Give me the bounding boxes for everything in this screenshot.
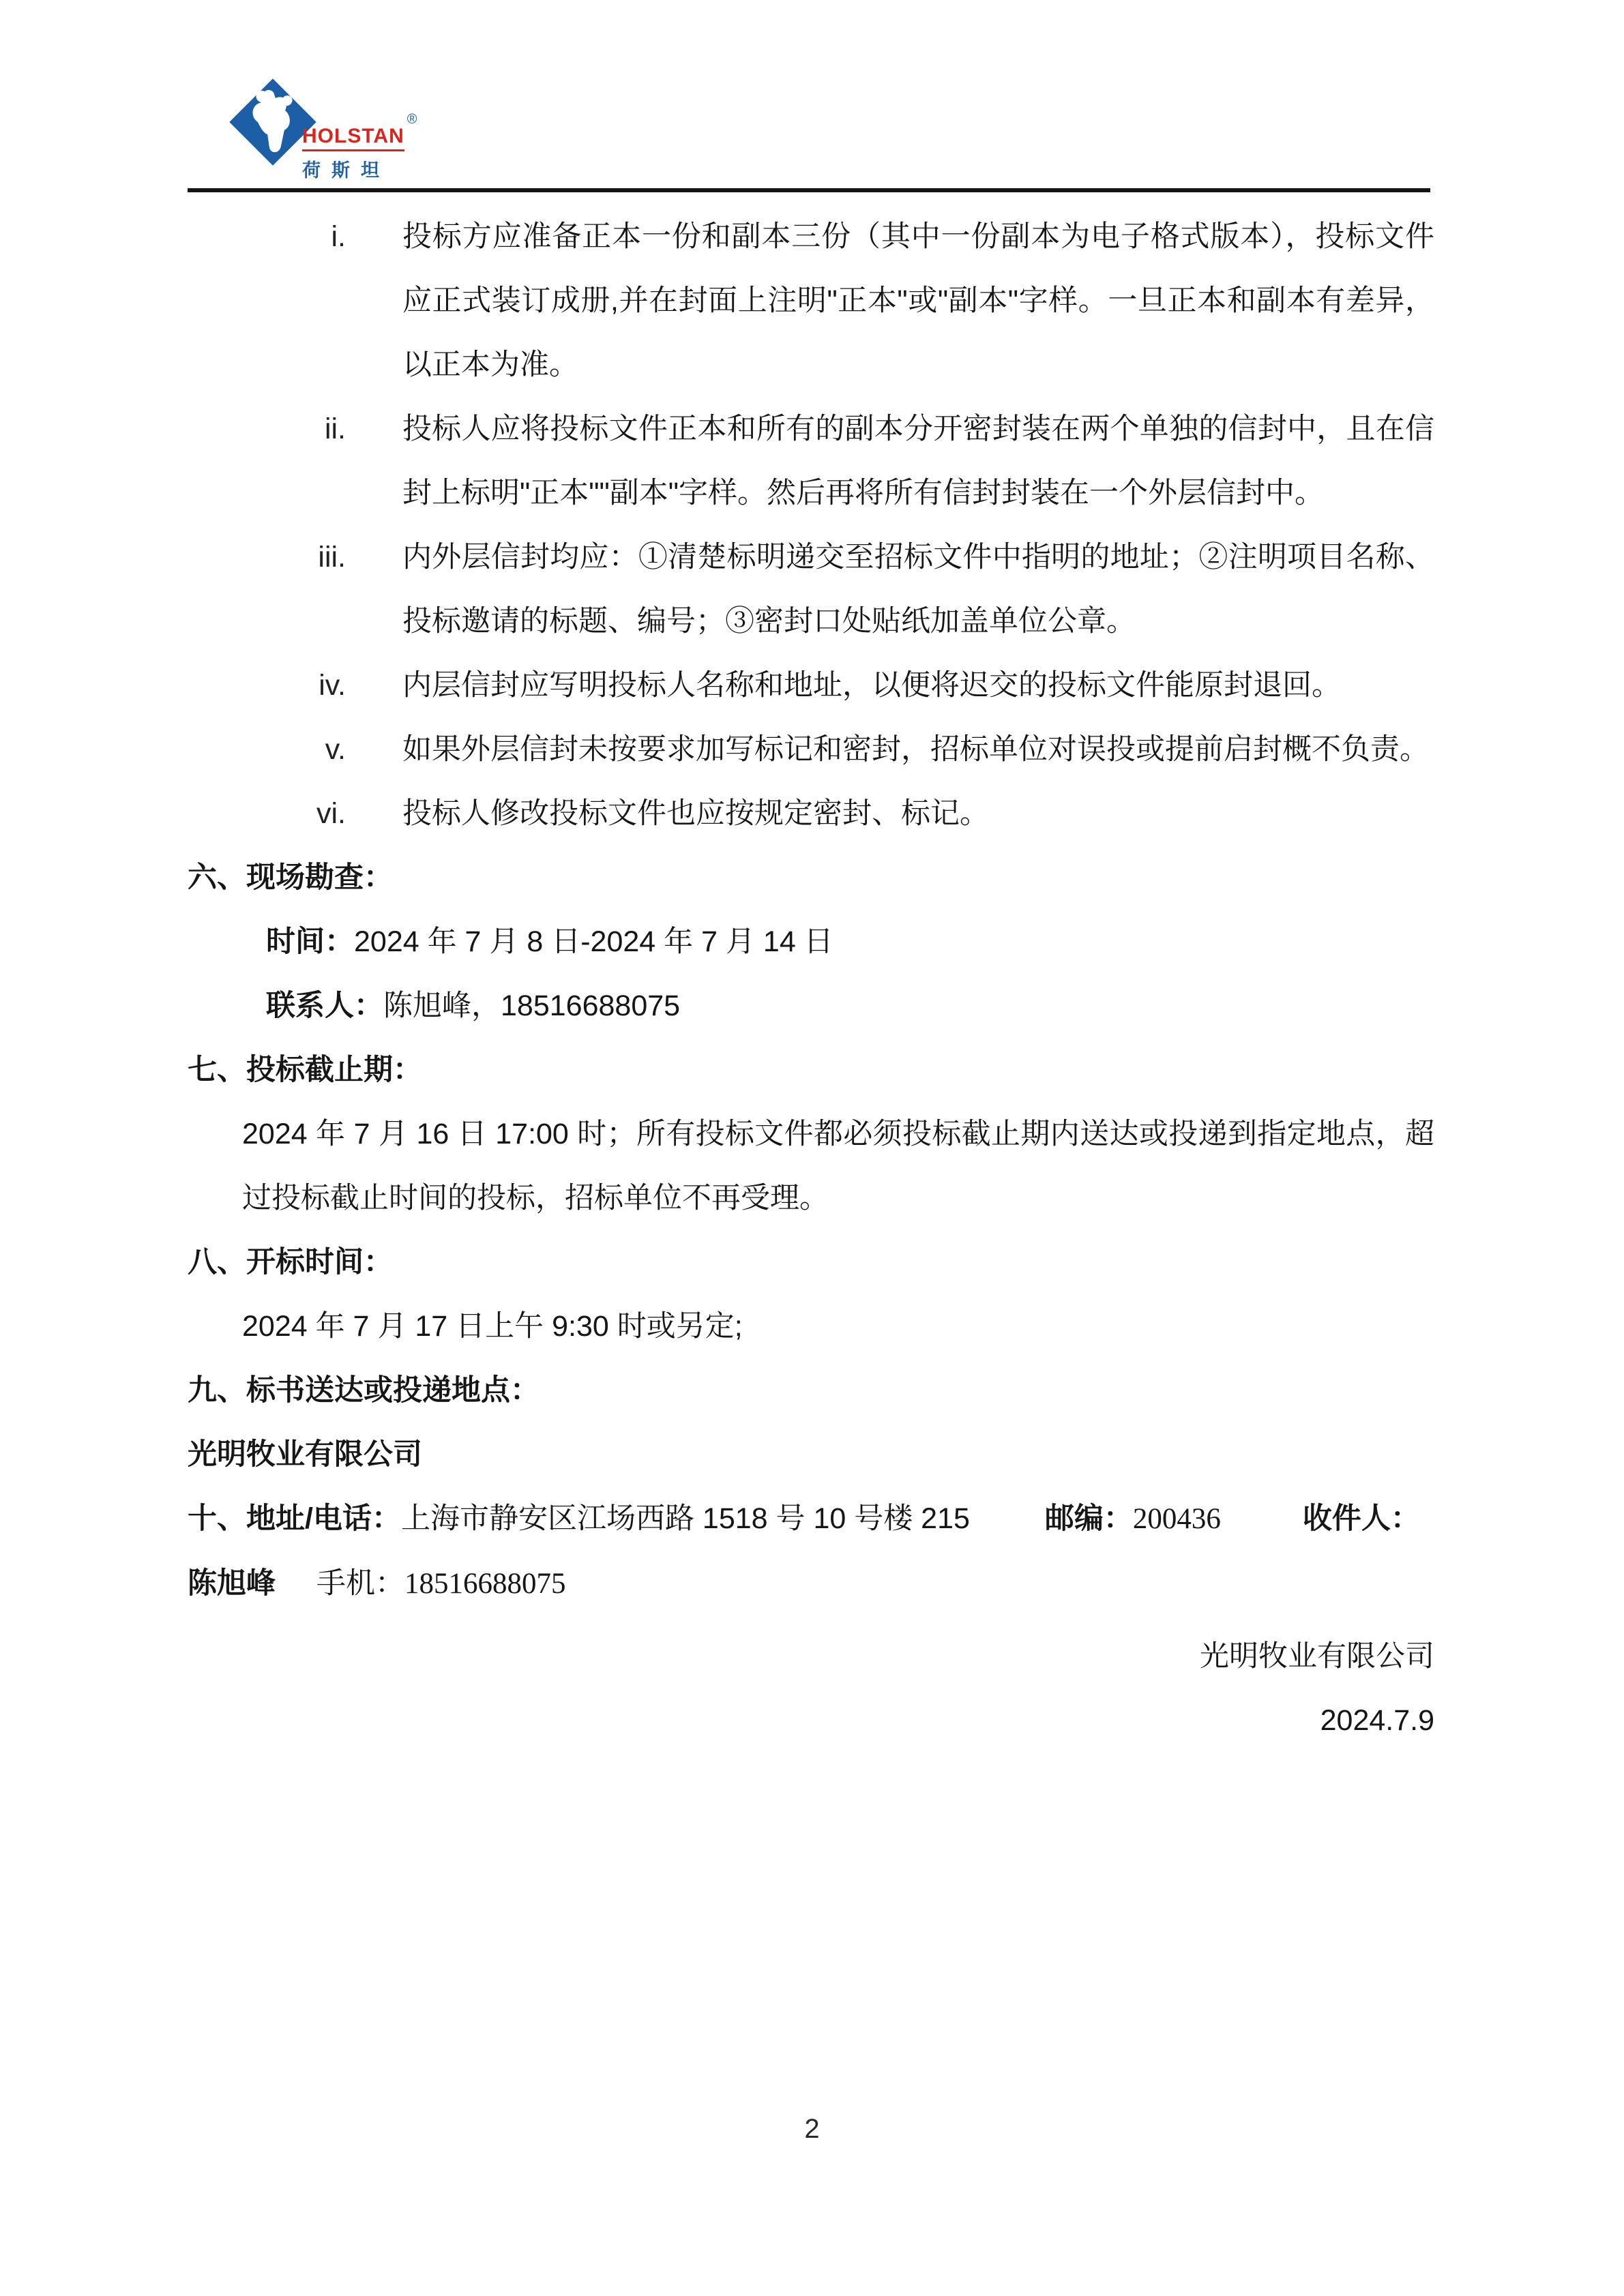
time-label: 时间：	[266, 925, 354, 958]
list-item-text: 投标方应准备正本一份和副本三份（其中一份副本为电子格式版本），投标文件应正式装订…	[402, 205, 1434, 397]
recipient-label: 收件人：	[1303, 1502, 1420, 1535]
list-item-marker: vi.	[188, 781, 346, 846]
list-item-iv: iv. 内层信封应写明投标人名称和地址，以便将迟交的投标文件能原封退回。	[188, 653, 1434, 717]
registered-trademark-icon: ®	[407, 112, 417, 127]
brand-name-zh: 荷斯坦	[302, 155, 432, 182]
brand-name-en: HOLSTAN	[302, 125, 404, 151]
section-10-heading: 十、地址/电话：	[188, 1502, 401, 1535]
section-7-heading: 七、投标截止期：	[188, 1038, 1434, 1102]
list-item-marker: iii.	[188, 525, 346, 653]
contact-value: 陈旭峰，18516688075	[383, 989, 680, 1022]
list-item-text: 内外层信封均应：①清楚标明递交至招标文件中指明的地址；②注明项目名称、投标邀请的…	[402, 525, 1434, 653]
section-9-body: 光明牧业有限公司	[188, 1422, 1434, 1487]
list-item-vi: vi. 投标人修改投标文件也应按规定密封、标记。	[188, 781, 1434, 846]
list-item-v: v. 如果外层信封未按要求加写标记和密封，招标单位对误投或提前启封概不负责。	[188, 717, 1434, 781]
time-value: 2024 年 7 月 8 日-2024 年 7 月 14 日	[354, 925, 833, 958]
section-8-heading: 八、开标时间：	[188, 1230, 1434, 1294]
list-item-marker: i.	[188, 205, 346, 397]
list-item-marker: v.	[188, 717, 346, 781]
signature-company: 光明牧业有限公司	[188, 1624, 1434, 1688]
page-number: 2	[0, 2114, 1624, 2145]
mobile-label: 手机：	[316, 1568, 404, 1600]
section-8-body: 2024 年 7 月 17 日上午 9:30 时或另定;	[188, 1294, 1434, 1358]
contact-label: 联系人：	[266, 989, 383, 1022]
list-item-text: 投标人修改投标文件也应按规定密封、标记。	[402, 781, 1434, 846]
list-item-text: 投标人应将投标文件正本和所有的副本分开密封装在两个单独的信封中，且在信封上标明"…	[402, 397, 1434, 525]
section-10-line-1: 十、地址/电话：上海市静安区江场西路 1518 号 10 号楼 215邮编：20…	[188, 1487, 1434, 1551]
logo-text: HOLSTAN® 荷斯坦	[302, 112, 432, 182]
section-6-contact-line: 联系人：陈旭峰，18516688075	[188, 974, 1434, 1038]
document-page: HOLSTAN® 荷斯坦 i. 投标方应准备正本一份和副本三份（其中一份副本为电…	[0, 0, 1624, 2296]
section-6-time-line: 时间：2024 年 7 月 8 日-2024 年 7 月 14 日	[188, 910, 1434, 974]
list-item-text: 如果外层信封未按要求加写标记和密封，招标单位对误投或提前启封概不负责。	[402, 717, 1434, 781]
recipient-name: 陈旭峰	[188, 1567, 276, 1600]
list-item-text: 内层信封应写明投标人名称和地址，以便将迟交的投标文件能原封退回。	[402, 653, 1434, 717]
section-6-heading: 六、现场勘查：	[188, 846, 1434, 910]
signature-date: 2024.7.9	[188, 1688, 1434, 1753]
list-item-ii: ii. 投标人应将投标文件正本和所有的副本分开密封装在两个单独的信封中，且在信封…	[188, 397, 1434, 525]
list-item-marker: ii.	[188, 397, 346, 525]
list-item-marker: iv.	[188, 653, 346, 717]
postal-label: 邮编：	[1045, 1502, 1133, 1535]
holstan-logo: HOLSTAN® 荷斯坦	[228, 65, 433, 181]
section-9-heading: 九、标书送达或投递地点：	[188, 1358, 1434, 1422]
section-10-line-2: 陈旭峰手机：18516688075	[188, 1551, 1434, 1616]
list-item-iii: iii. 内外层信封均应：①清楚标明递交至招标文件中指明的地址；②注明项目名称、…	[188, 525, 1434, 653]
section-7-body: 2024 年 7 月 16 日 17:00 时；所有投标文件都必须投标截止期内送…	[188, 1102, 1434, 1230]
list-item-i: i. 投标方应准备正本一份和副本三份（其中一份副本为电子格式版本），投标文件应正…	[188, 205, 1434, 397]
postal-value: 200436	[1133, 1503, 1221, 1535]
address-value: 上海市静安区江场西路 1518 号 10 号楼 215	[401, 1502, 970, 1535]
signature-block: 光明牧业有限公司 2024.7.9	[188, 1624, 1434, 1753]
mobile-value: 18516688075	[404, 1568, 566, 1600]
header-divider	[188, 188, 1430, 192]
document-body: i. 投标方应准备正本一份和副本三份（其中一份副本为电子格式版本），投标文件应正…	[188, 205, 1434, 1753]
